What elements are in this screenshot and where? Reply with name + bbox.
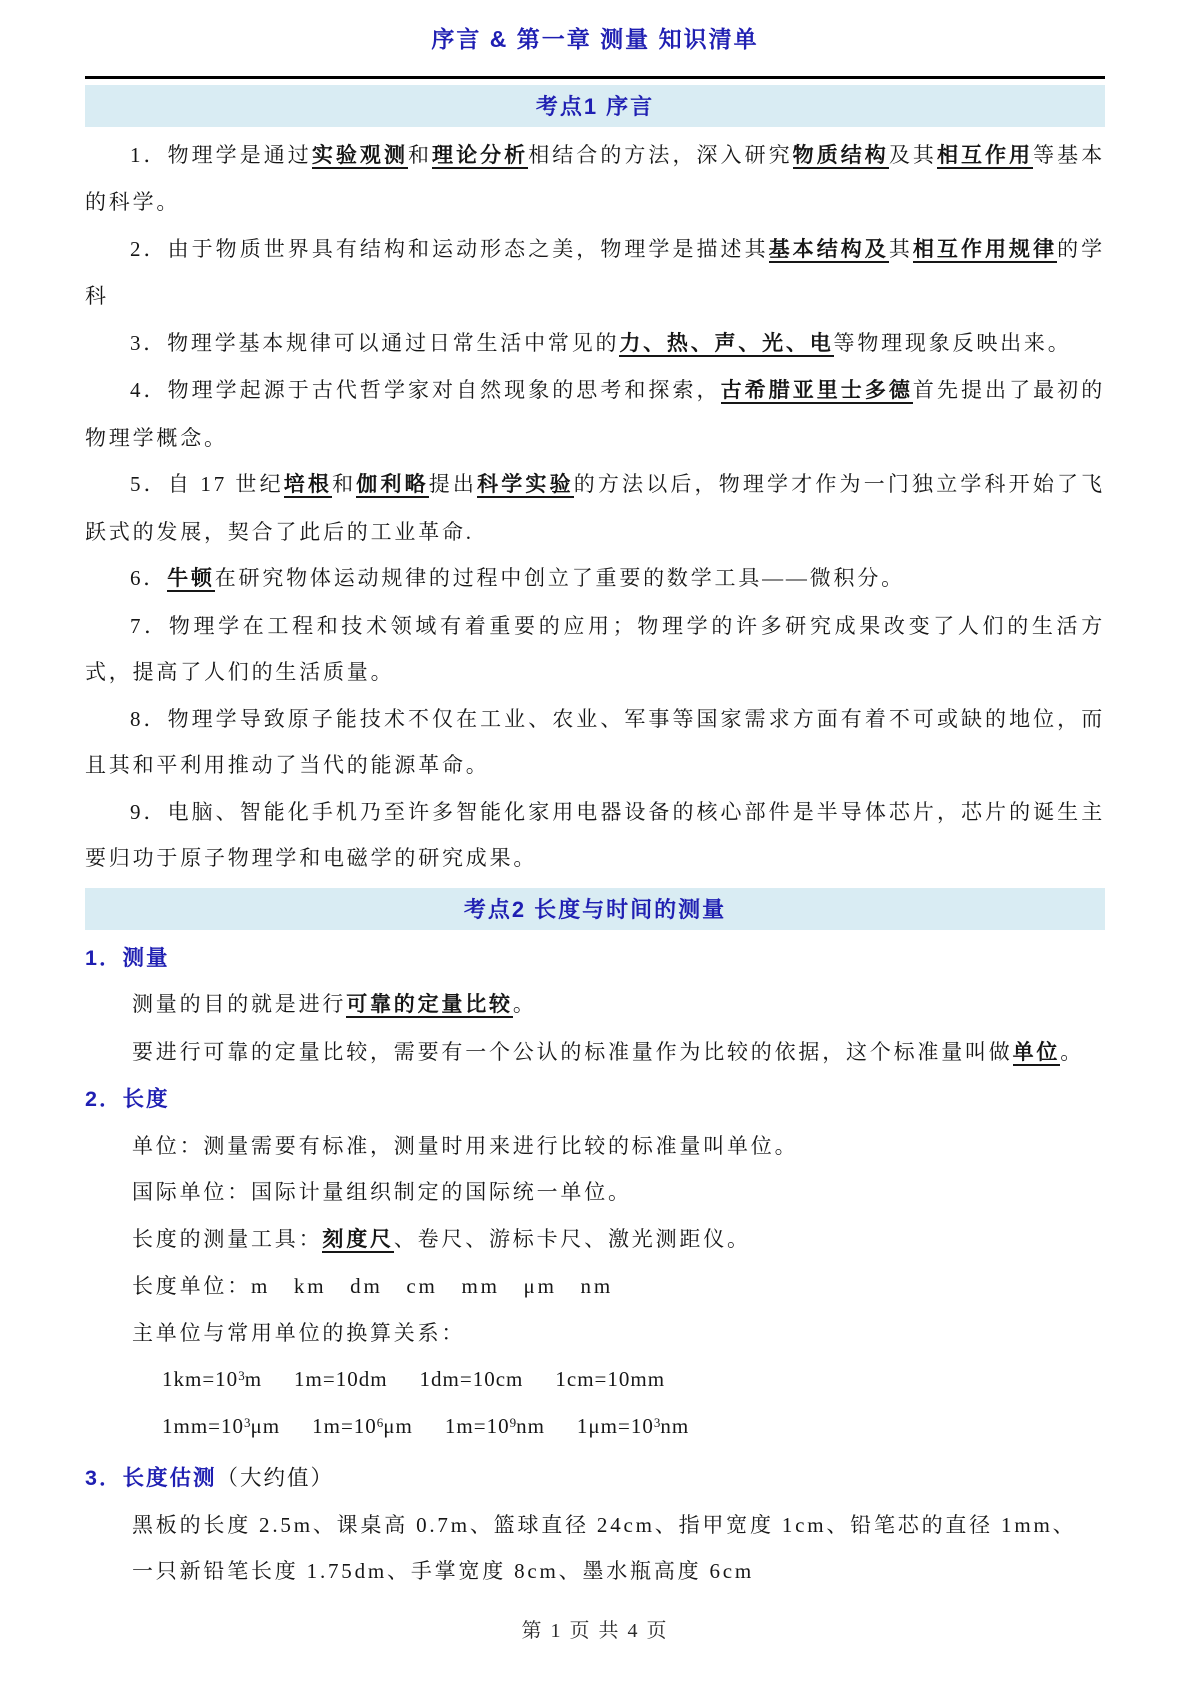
paragraph: 7．物理学在工程和技术领域有着重要的应用；物理学的许多研究成果改变了人们的生活方… xyxy=(85,603,1105,696)
section-banner: 考点2 长度与时间的测量 xyxy=(85,888,1105,930)
emphasis-text: 培根 xyxy=(284,473,332,498)
section-heading: 3．长度估测（大约值） xyxy=(85,1455,1105,1502)
emphasis-text: 相互作用 xyxy=(937,144,1033,169)
emphasis-text: 物质结构 xyxy=(793,144,889,169)
page-footer: 第 1 页 共 4 页 xyxy=(85,1608,1105,1654)
emphasis-text: 古希腊亚里士多德 xyxy=(721,379,913,404)
formula-item: 1dm=10cm xyxy=(420,1356,524,1403)
emphasis-text: 实验观测 xyxy=(312,144,408,169)
paragraph: 6．牛顿在研究物体运动规律的过程中创立了重要的数学工具——微积分。 xyxy=(85,555,1105,603)
emphasis-text: 相互作用规律 xyxy=(913,238,1057,263)
paragraph: 1．物理学是通过实验观测和理论分析相结合的方法，深入研究物质结构及其相互作用等基… xyxy=(85,132,1105,226)
emphasis-text: 理论分析 xyxy=(432,144,528,169)
emphasis-text: 牛顿 xyxy=(167,567,215,592)
emphasis-text: 刻度尺 xyxy=(322,1228,393,1253)
document-page: 序言 & 第一章 测量 知识清单 考点1 序言1．物理学是通过实验观测和理论分析… xyxy=(0,22,1190,1654)
paragraph: 4．物理学起源于古代哲学家对自然现象的思考和探索，古希腊亚里士多德首先提出了最初… xyxy=(85,367,1105,461)
banner-title: 考点2 长度与时间的测量 xyxy=(464,893,726,924)
section-heading: 1．测量 xyxy=(85,935,1105,982)
formula-item: 1km=103m xyxy=(162,1356,262,1403)
superscript: 9 xyxy=(510,1415,517,1430)
heading-label: 3．长度估测 xyxy=(85,1466,216,1490)
emphasis-text: 可靠的定量比较 xyxy=(346,993,513,1018)
paragraph: 主单位与常用单位的换算关系： xyxy=(132,1310,1105,1357)
superscript: 3 xyxy=(654,1415,661,1430)
superscript: 6 xyxy=(377,1415,384,1430)
emphasis-text: 科学实验 xyxy=(477,473,574,498)
paragraph: 9．电脑、智能化手机乃至许多智能化家用电器设备的核心部件是半导体芯片，芯片的诞生… xyxy=(85,789,1105,882)
paragraph: 一只新铅笔长度 1.75dm、手掌宽度 8cm、墨水瓶高度 6cm xyxy=(132,1548,1105,1595)
formula-row: 1km=103m1m=10dm1dm=10cm1cm=10mm xyxy=(162,1356,1105,1403)
section-heading: 2．长度 xyxy=(85,1076,1105,1123)
formula-item: 1m=106μm xyxy=(312,1403,413,1450)
document-body: 考点1 序言1．物理学是通过实验观测和理论分析相结合的方法，深入研究物质结构及其… xyxy=(85,85,1105,1595)
formula-item: 1cm=10mm xyxy=(555,1356,665,1403)
paragraph: 长度单位：m km dm cm mm μm nm xyxy=(132,1263,1105,1310)
emphasis-text: 基本结构及 xyxy=(769,238,889,263)
paragraph: 国际单位：国际计量组织制定的国际统一单位。 xyxy=(132,1169,1105,1216)
paragraph: 要进行可靠的定量比较，需要有一个公认的标准量作为比较的依据，这个标准量叫做单位。 xyxy=(132,1029,1105,1077)
heading-label: 2．长度 xyxy=(85,1087,169,1111)
paragraph: 单位：测量需要有标准，测量时用来进行比较的标准量叫单位。 xyxy=(132,1123,1105,1170)
paragraph: 长度的测量工具：刻度尺、卷尺、游标卡尺、激光测距仪。 xyxy=(132,1216,1105,1264)
emphasis-text: 伽利略 xyxy=(356,473,429,498)
superscript: 3 xyxy=(244,1415,251,1430)
formula-item: 1m=109nm xyxy=(445,1403,545,1450)
paragraph: 测量的目的就是进行可靠的定量比较。 xyxy=(132,981,1105,1029)
banner-title: 考点1 序言 xyxy=(536,90,654,121)
paragraph: 3．物理学基本规律可以通过日常生活中常见的力、热、声、光、电等物理现象反映出来。 xyxy=(85,320,1105,368)
section-banner: 考点1 序言 xyxy=(85,85,1105,127)
formula-row: 1mm=103μm1m=106μm1m=109nm1μm=103nm xyxy=(162,1403,1105,1450)
paragraph: 黑板的长度 2.5m、课桌高 0.7m、篮球直径 24cm、指甲宽度 1cm、铅… xyxy=(132,1502,1105,1549)
superscript: 3 xyxy=(238,1368,245,1383)
paragraph: 8．物理学导致原子能技术不仅在工业、农业、军事等国家需求方面有着不可或缺的地位，… xyxy=(85,696,1105,789)
paragraph: 5．自 17 世纪培根和伽利略提出科学实验的方法以后，物理学才作为一门独立学科开… xyxy=(85,461,1105,555)
heading-label: 1．测量 xyxy=(85,946,169,970)
formula-item: 1μm=103nm xyxy=(577,1403,689,1450)
page-title: 序言 & 第一章 测量 知识清单 xyxy=(85,22,1105,57)
paragraph: 2．由于物质世界具有结构和运动形态之美，物理学是描述其基本结构及其相互作用规律的… xyxy=(85,226,1105,320)
emphasis-text: 力、热、声、光、电 xyxy=(619,332,833,357)
formula-item: 1m=10dm xyxy=(294,1356,388,1403)
emphasis-text: 单位 xyxy=(1013,1041,1061,1066)
title-divider xyxy=(85,76,1105,79)
formula-item: 1mm=103μm xyxy=(162,1403,280,1450)
